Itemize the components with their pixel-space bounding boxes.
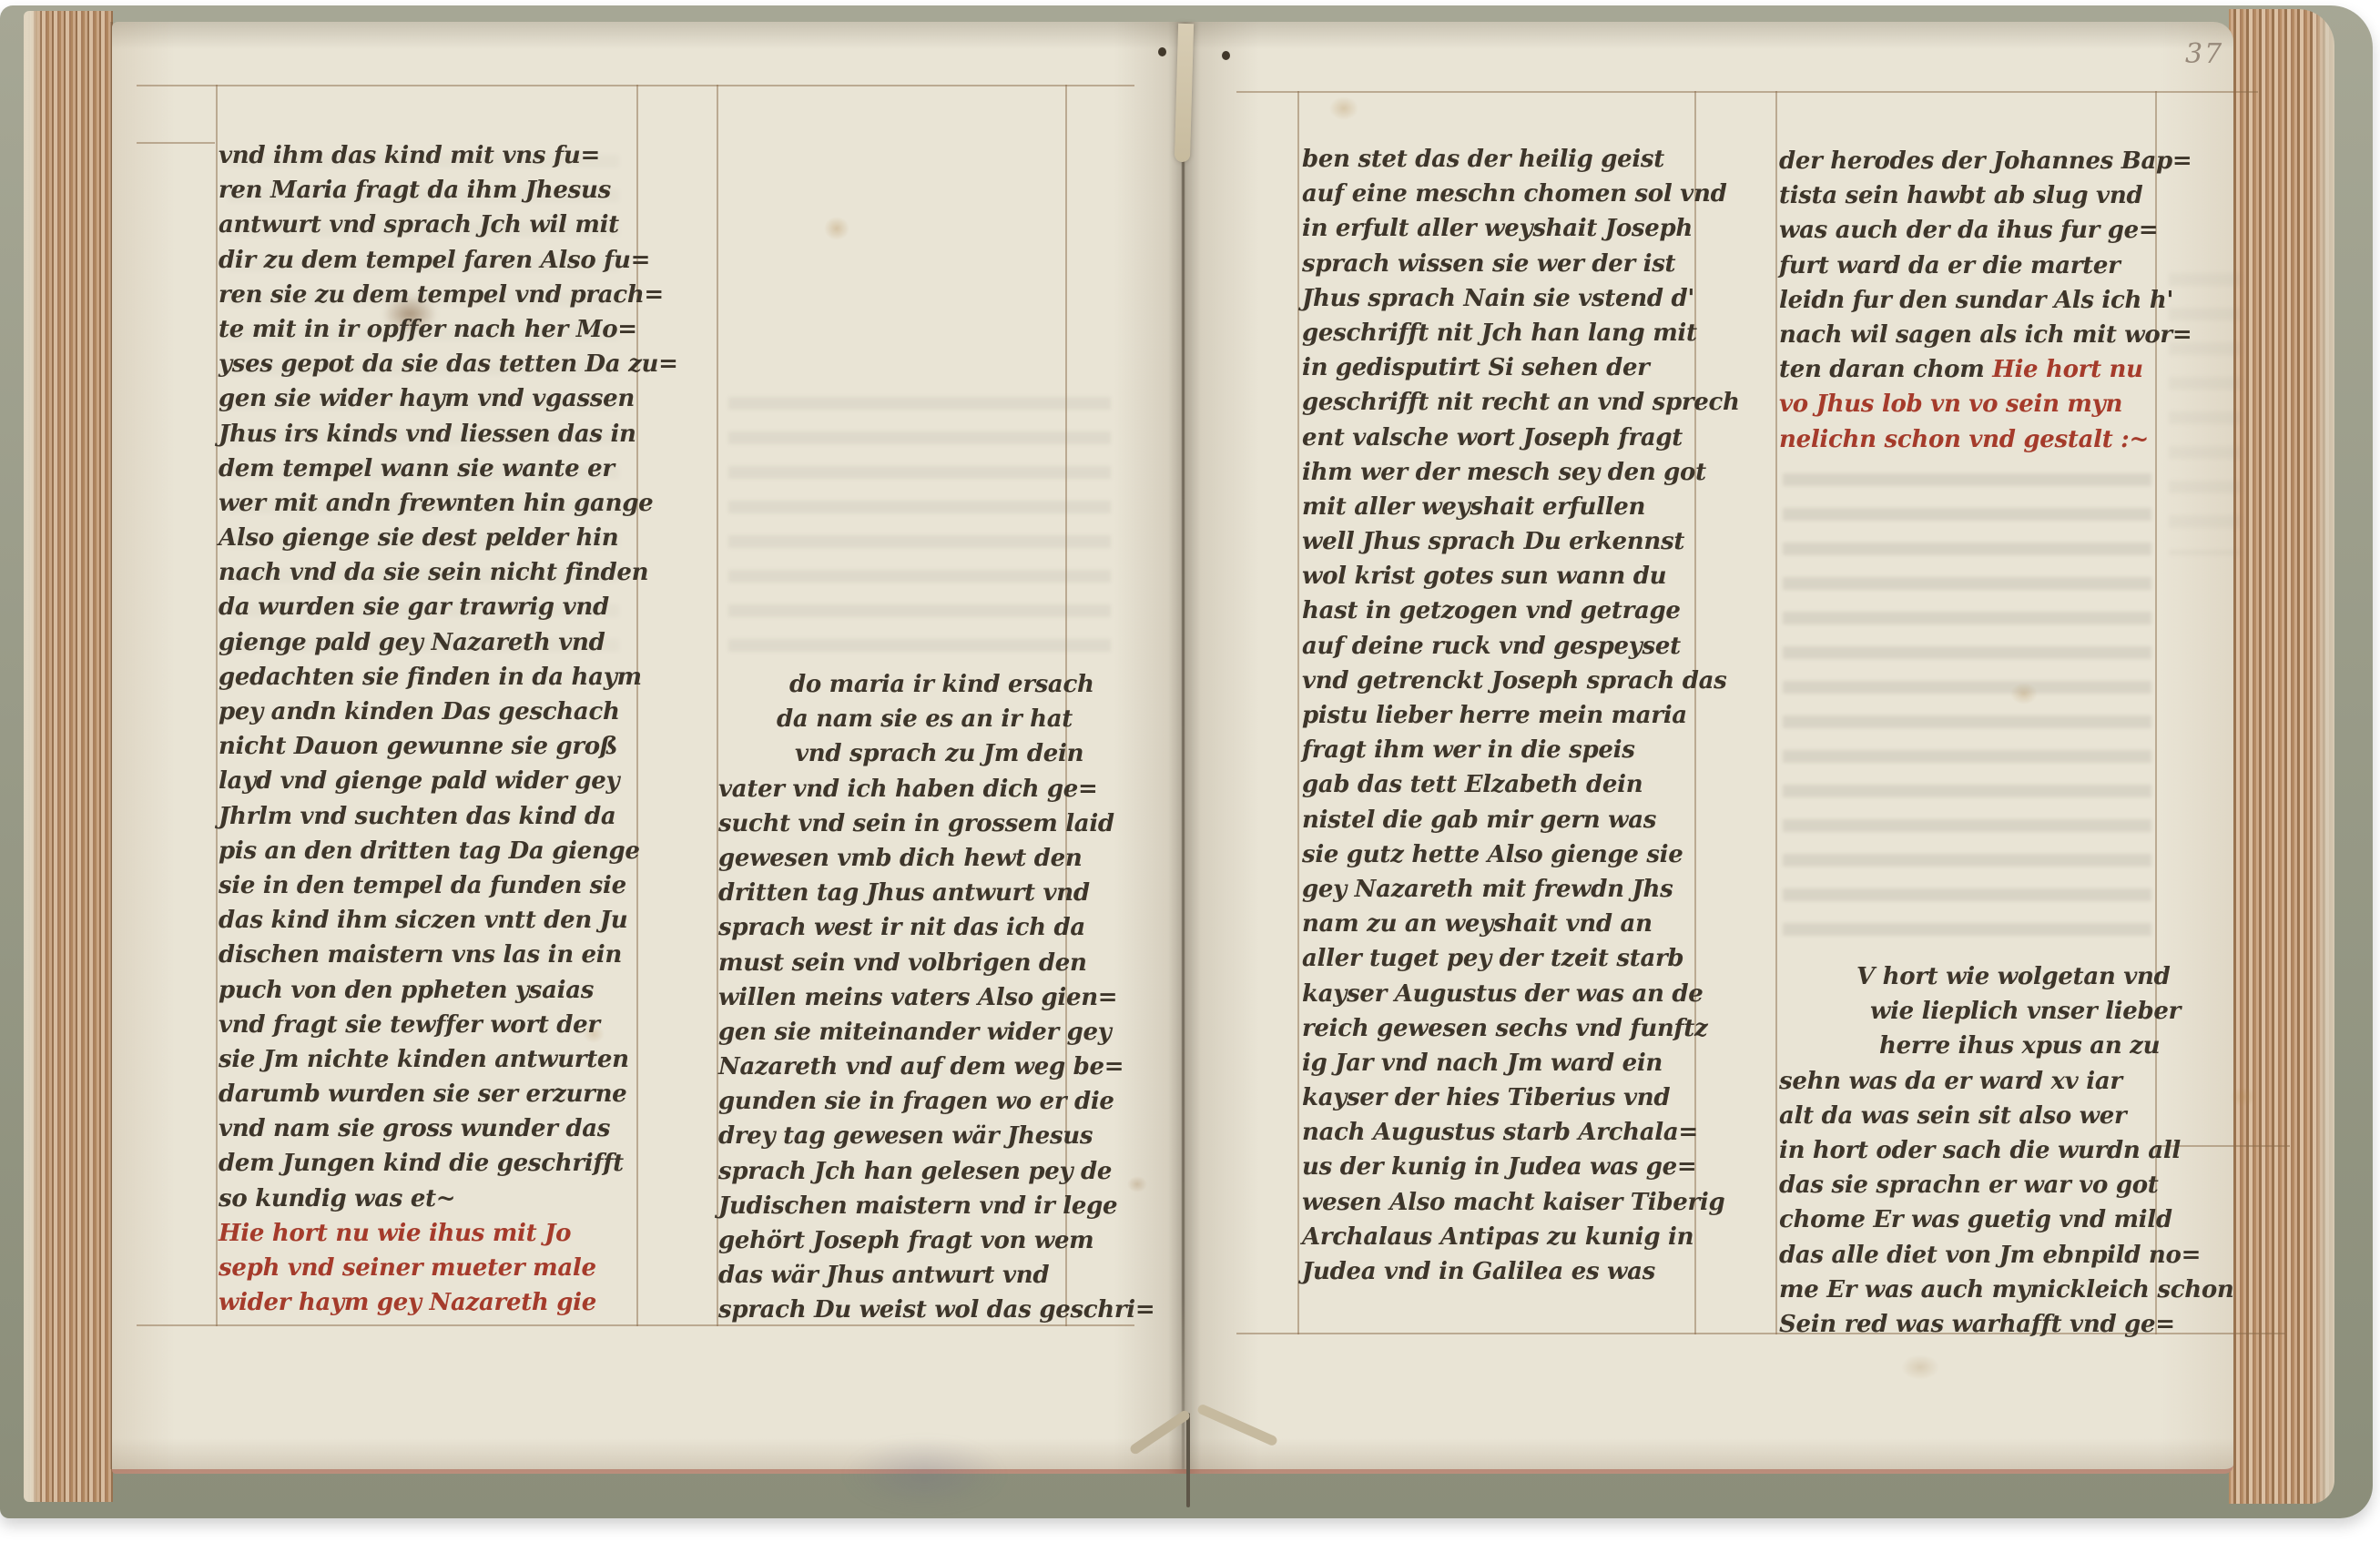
stain [824, 217, 849, 240]
ink-text: willen meins vaters Also gien= [718, 984, 1117, 1011]
ink-text: ig Jar vnd nach Jm ward ein [1302, 1050, 1663, 1077]
text-line: sprach Du weist wol das geschri= [718, 1293, 1130, 1327]
text-line: ig Jar vnd nach Jm ward ein [1302, 1046, 1699, 1080]
ink-text: vnd nam sie gross wunder das [219, 1115, 610, 1142]
ink-text: wie lieplich vnser lieber [1870, 998, 2181, 1025]
show-through [728, 397, 1111, 665]
gutter-fold [1182, 27, 1185, 1469]
ink-text: well Jhus sprach Du erkennst [1302, 528, 1684, 555]
ink-text: mit aller weyshait erfullen [1302, 493, 1645, 521]
ink-text: herre ihus xpus an zu [1879, 1032, 2160, 1060]
ink-text: auf deine ruck vnd gespeyset [1302, 633, 1681, 660]
ink-text: sie in den tempel da funden sie [219, 872, 626, 899]
text-line: kayser der hies Tiberius vnd [1302, 1080, 1699, 1115]
ink-text: furt ward da er die marter [1779, 252, 2121, 279]
text-line: dritten tag Jhus antwurt vnd [718, 876, 1130, 910]
ink-text: das alle diet von Jm ebnpild no= [1779, 1242, 2201, 1269]
ink-text: gienge pald gey Nazareth vnd [219, 629, 605, 656]
ink-text: in erfult aller weyshait Joseph [1302, 215, 1693, 242]
text-line: te mit in ir opffer nach her Mo= [219, 312, 645, 347]
text-line: vnd fragt sie tewffer wort der [219, 1008, 645, 1042]
text-column-right-1: ben stet das der heilig geistauf eine me… [1302, 142, 1699, 1289]
text-line: kayser Augustus der was an de [1302, 977, 1699, 1011]
text-line: vnd nam sie gross wunder das [219, 1111, 645, 1146]
ink-text: reich gewesen sechs vnd funftz [1302, 1015, 1707, 1042]
text-line: in erfult aller weyshait Joseph [1302, 211, 1699, 246]
ink-text: Jhrlm vnd suchten das kind da [219, 803, 615, 830]
wormhole [1222, 51, 1230, 60]
ink-text: antwurt vnd sprach Jch wil mit [219, 211, 619, 238]
ink-text: dem tempel wann sie wante er [219, 455, 615, 482]
text-line: das wär Jhus antwurt vnd [718, 1258, 1130, 1293]
text-line: aller tuget pey der tzeit starb [1302, 941, 1699, 976]
ink-text: sehn was da er ward xv iar [1779, 1068, 2122, 1095]
text-line: pey andn kinden Das geschach [219, 695, 645, 729]
ink-text: Archalaus Antipas zu kunig in [1302, 1223, 1693, 1251]
text-line: so kundig was et~ [219, 1182, 645, 1216]
ink-text: dir zu dem tempel faren Also fu= [219, 247, 650, 274]
text-line: wesen Also macht kaiser Tiberig [1302, 1185, 1699, 1220]
ink-text: must sein vnd volbrigen den [718, 949, 1087, 977]
text-line: V hort wie wolgetan vnd [1779, 959, 2167, 994]
ink-text: nistel die gab mir gern was [1302, 806, 1656, 834]
ink-text: wesen Also macht kaiser Tiberig [1302, 1189, 1724, 1216]
text-line: well Jhus sprach Du erkennst [1302, 524, 1699, 559]
ink-text: kayser der hies Tiberius vnd [1302, 1084, 1670, 1111]
text-line: sprach wissen sie wer der ist [1302, 247, 1699, 281]
text-line: drey tag gewesen wär Jhesus [718, 1119, 1130, 1153]
ink-text: yses gepot da sie das tetten Da zu= [219, 350, 678, 378]
ink-text: aller tuget pey der tzeit starb [1302, 945, 1683, 972]
text-line: sprach west ir nit das ich da [718, 910, 1130, 945]
ink-text: nicht Dauon gewunne sie groß [219, 733, 617, 760]
ink-text: vater vnd ich haben dich ge= [718, 776, 1098, 803]
ink-text: dischen maistern vns las in ein [219, 941, 622, 969]
ink-text: puch von den ppheten ysaias [219, 977, 594, 1004]
text-line: vnd getrenckt Joseph sprach das [1302, 664, 1699, 698]
text-line: furt ward da er die marter [1779, 249, 2167, 283]
ink-text: Nazareth vnd auf dem weg be= [718, 1053, 1124, 1080]
text-line: do maria ir kind ersach [718, 667, 1130, 702]
text-line: auf eine meschn chomen sol vnd [1302, 177, 1699, 211]
text-line: me Er was auch mynickleich schon [1779, 1273, 2167, 1307]
text-line: fragt ihm wer in die speis [1302, 733, 1699, 767]
ink-text: kayser Augustus der was an de [1302, 980, 1704, 1008]
ink-text: tista sein hawbt ab slug vnd [1779, 182, 2142, 209]
ruling-line [1297, 91, 1299, 1334]
ink-text: pey andn kinden Das geschach [219, 698, 620, 725]
text-column-right-2-lower: V hort wie wolgetan vndwie lieplich vnse… [1779, 959, 2167, 1342]
ink-text: me Er was auch mynickleich schon [1779, 1276, 2233, 1303]
text-line: nistel die gab mir gern was [1302, 803, 1699, 837]
ink-text: gen sie wider haym vnd vgassen [219, 385, 635, 412]
stain [1127, 1176, 1147, 1192]
ink-text: sprach wissen sie wer der ist [1302, 250, 1675, 278]
text-line: sucht vnd sein in grossem laid [718, 806, 1130, 841]
text-line: dir zu dem tempel faren Also fu= [219, 243, 645, 278]
ink-text: gen sie miteinander wider gey [718, 1019, 1112, 1046]
rubric-text: nelichn schon vnd gestalt :~ [1779, 426, 2149, 453]
ruling-line [137, 142, 215, 144]
ink-text: te mit in ir opffer nach her Mo= [219, 316, 637, 343]
text-line: Judischen maistern vnd ir lege [718, 1189, 1130, 1223]
text-line: sie gutz hette Also gienge sie [1302, 837, 1699, 872]
text-line: tista sein hawbt ab slug vnd [1779, 178, 2167, 213]
ink-text: vnd sprach zu Jm dein [795, 740, 1083, 767]
ink-text: Judea vnd in Galilea es was [1302, 1258, 1655, 1285]
ink-text: Jhus sprach Nain sie vstend d' [1302, 285, 1694, 312]
text-line: vnd ihm das kind mit vns fu= [219, 138, 645, 173]
text-line: in gedisputirt Si sehen der [1302, 350, 1699, 385]
ink-text: sprach Du weist wol das geschri= [718, 1296, 1154, 1324]
text-line: da nam sie es an ir hat [718, 702, 1130, 736]
stain [1901, 1354, 1939, 1380]
ink-text: ren sie zu dem tempel vnd prach= [219, 281, 664, 309]
ink-text: nam zu an weyshait vnd an [1302, 910, 1653, 938]
ink-text: pistu lieber herre mein maria [1302, 702, 1687, 729]
ink-text: das wär Jhus antwurt vnd [718, 1262, 1049, 1289]
rubric-text: Hie hort nu wie ihus mit Jo [219, 1220, 571, 1247]
ink-text: in gedisputirt Si sehen der [1302, 354, 1650, 381]
text-line: herre ihus xpus an zu [1779, 1029, 2167, 1063]
text-line: sie Jm nichte kinden antwurten [219, 1042, 645, 1077]
ink-text: gewesen vmb dich hewt den [718, 845, 1083, 872]
ink-text: wol krist gotes sun wann du [1302, 563, 1666, 590]
text-line: Jhus sprach Nain sie vstend d' [1302, 281, 1699, 316]
ink-text: sprach west ir nit das ich da [718, 914, 1085, 941]
stain [1329, 96, 1358, 120]
text-line: Jhus irs kinds vnd liessen das in [219, 417, 645, 451]
text-line: da wurden sie gar trawrig vnd [219, 590, 645, 624]
text-line: dischen maistern vns las in ein [219, 938, 645, 972]
text-line: seph vnd seiner mueter male [219, 1251, 645, 1285]
ink-text: dritten tag Jhus antwurt vnd [718, 879, 1090, 907]
ink-text: pis an den dritten tag Da gienge [219, 837, 640, 865]
text-line: gen sie wider haym vnd vgassen [219, 381, 645, 416]
text-line: layd vnd gienge pald wider gey [219, 764, 645, 798]
ink-text: gehört Joseph fragt von wem [718, 1227, 1093, 1254]
ink-text: das sie sprachn er war vo got [1779, 1172, 2158, 1199]
text-line: antwurt vnd sprach Jch wil mit [219, 208, 645, 242]
text-line: gienge pald gey Nazareth vnd [219, 625, 645, 660]
rubric-text: vo Jhus lob vn vo sein myn [1779, 391, 2122, 418]
text-line: leidn fur den sundar Als ich h' [1779, 283, 2167, 318]
ink-text: Jhus irs kinds vnd liessen das in [219, 421, 636, 448]
ruling-line [216, 85, 218, 1326]
text-line: auf deine ruck vnd gespeyset [1302, 629, 1699, 664]
text-line: nicht Dauon gewunne sie groß [219, 729, 645, 764]
text-line: darumb wurden sie ser erzurne [219, 1077, 645, 1111]
text-line: nach wil sagen als ich mit wor= [1779, 318, 2167, 352]
ink-text: ben stet das der heilig geist [1302, 146, 1664, 173]
ink-text: sprach Jch han gelesen pey de [718, 1158, 1112, 1185]
text-line: gey Nazareth mit frewdn Jhs [1302, 872, 1699, 907]
ink-text: auf eine meschn chomen sol vnd [1302, 180, 1726, 208]
manuscript-photo: 37 vnd ihm das kind mit vns fu=ren Maria… [0, 0, 2380, 1552]
text-line: ren Maria fragt da ihm Jhesus [219, 173, 645, 208]
ink-text: gey Nazareth mit frewdn Jhs [1302, 876, 1673, 903]
text-line: geschrifft nit recht an vnd sprech [1302, 385, 1699, 420]
text-line: das kind ihm siczen vntt den Ju [219, 903, 645, 938]
show-through [2169, 273, 2242, 555]
ink-text: ren Maria fragt da ihm Jhesus [219, 177, 611, 204]
text-line: sehn was da er ward xv iar [1779, 1064, 2167, 1099]
text-line: dem tempel wann sie wante er [219, 451, 645, 486]
text-line: Hie hort nu wie ihus mit Jo [219, 1216, 645, 1251]
ink-text: sie gutz hette Also gienge sie [1302, 841, 1683, 868]
ink-text: nach Augustus starb Archala= [1302, 1119, 1698, 1146]
ink-text: gedachten sie finden in da haym [219, 664, 642, 691]
text-line: gewesen vmb dich hewt den [718, 841, 1130, 876]
show-through [1783, 473, 2151, 951]
ink-text: geschrifft nit recht an vnd sprech [1302, 389, 1740, 416]
ink-text: Judischen maistern vnd ir lege [718, 1192, 1117, 1220]
text-line: hast in getzogen vnd getrage [1302, 593, 1699, 628]
ink-text: hast in getzogen vnd getrage [1302, 597, 1681, 624]
text-line: alt da was sein sit also wer [1779, 1099, 2167, 1133]
text-line: sie in den tempel da funden sie [219, 868, 645, 903]
stain [2231, 1087, 2256, 1107]
text-line: Jhrlm vnd suchten das kind da [219, 799, 645, 834]
text-line: dem Jungen kind die geschrifft [219, 1146, 645, 1181]
ink-text: do maria ir kind ersach [789, 671, 1094, 698]
ink-text: vnd fragt sie tewffer wort der [219, 1011, 600, 1039]
text-line: ten daran chom Hie hort nu [1779, 352, 2167, 387]
page-edges-left [24, 11, 113, 1502]
text-line: ihm wer der mesch sey den got [1302, 455, 1699, 490]
text-column-left-1: vnd ihm das kind mit vns fu=ren Maria fr… [219, 138, 645, 1320]
ink-text: sucht vnd sein in grossem laid [718, 810, 1114, 837]
ink-text: Also gienge sie dest pelder hin [219, 524, 618, 552]
ink-text: drey tag gewesen wär Jhesus [718, 1122, 1093, 1150]
binding-cord [1186, 1413, 1190, 1507]
text-line: Nazareth vnd auf dem weg be= [718, 1050, 1130, 1084]
ink-text: nach vnd da sie sein nicht finden [219, 559, 648, 586]
text-line: pis an den dritten tag Da gienge [219, 834, 645, 868]
ink-text: dem Jungen kind die geschrifft [219, 1150, 624, 1177]
text-line: Sein red was warhafft vnd ge= [1779, 1307, 2167, 1342]
text-line: gedachten sie finden in da haym [219, 660, 645, 695]
ink-text: Sein red was warhafft vnd ge= [1779, 1311, 2175, 1338]
rubric-text: Hie hort nu [1992, 356, 2143, 383]
text-line: must sein vnd volbrigen den [718, 946, 1130, 980]
text-line: das sie sprachn er war vo got [1779, 1168, 2167, 1202]
text-line: das alle diet von Jm ebnpild no= [1779, 1238, 2167, 1273]
ink-text: V hort wie wolgetan vnd [1856, 963, 2171, 990]
ink-text: ten daran chom [1779, 356, 1992, 383]
text-line: wol krist gotes sun wann du [1302, 559, 1699, 593]
ink-text: das kind ihm siczen vntt den Ju [219, 907, 627, 934]
ink-text: der herodes der Johannes Bap= [1779, 147, 2192, 175]
text-column-right-2-upper: der herodes der Johannes Bap=tista sein … [1779, 144, 2167, 457]
text-line: was auch der da ihus fur ge= [1779, 213, 2167, 248]
text-line: yses gepot da sie das tetten Da zu= [219, 347, 645, 381]
text-line: us der kunig in Judea was ge= [1302, 1150, 1699, 1184]
ink-text: vnd getrenckt Joseph sprach das [1302, 667, 1727, 695]
ink-text: chome Er was guetig vnd mild [1779, 1206, 2172, 1233]
text-line: ent valsche wort Joseph fragt [1302, 421, 1699, 455]
text-line: willen meins vaters Also gien= [718, 980, 1130, 1015]
ink-text: in hort oder sach die wurdn all [1779, 1137, 2181, 1164]
ruling-line [137, 85, 1134, 86]
text-line: gab das tett Elzabeth dein [1302, 767, 1699, 802]
text-line: ren sie zu dem tempel vnd prach= [219, 278, 645, 312]
text-line: geschrifft nit Jch han lang mit [1302, 316, 1699, 350]
ruling-line [1236, 91, 2258, 93]
page-edges-right [2229, 9, 2334, 1504]
text-line: Archalaus Antipas zu kunig in [1302, 1220, 1699, 1254]
stain [2010, 683, 2038, 705]
text-line: vater vnd ich haben dich ge= [718, 772, 1130, 806]
ink-text: da wurden sie gar trawrig vnd [219, 593, 609, 621]
ink-text: sie Jm nichte kinden antwurten [219, 1046, 629, 1073]
ink-text: leidn fur den sundar Als ich h' [1779, 287, 2173, 314]
wormhole [1158, 47, 1166, 56]
stain [845, 1438, 1004, 1511]
text-line: ben stet das der heilig geist [1302, 142, 1699, 177]
text-line: vo Jhus lob vn vo sein myn [1779, 387, 2167, 421]
ink-text: layd vnd gienge pald wider gey [219, 767, 619, 795]
text-line: der herodes der Johannes Bap= [1779, 144, 2167, 178]
text-column-left-2: do maria ir kind ersachda nam sie es an … [718, 667, 1130, 1328]
ruling-line [1775, 91, 1777, 1334]
text-line: nach Augustus starb Archala= [1302, 1115, 1699, 1150]
ink-text: wer mit andn frewnten hin gange [219, 490, 653, 517]
text-line: nach vnd da sie sein nicht finden [219, 555, 645, 590]
text-line: wer mit andn frewnten hin gange [219, 486, 645, 521]
text-line: sprach Jch han gelesen pey de [718, 1154, 1130, 1189]
ink-text: ihm wer der mesch sey den got [1302, 459, 1706, 486]
text-line: Also gienge sie dest pelder hin [219, 521, 645, 555]
folio-number: 37 [2185, 38, 2223, 70]
text-line: in hort oder sach die wurdn all [1779, 1133, 2167, 1168]
text-line: vnd sprach zu Jm dein [718, 736, 1130, 771]
text-line: mit aller weyshait erfullen [1302, 490, 1699, 524]
ink-text: geschrifft nit Jch han lang mit [1302, 320, 1697, 347]
text-line: pistu lieber herre mein maria [1302, 698, 1699, 733]
text-line: nelichn schon vnd gestalt :~ [1779, 422, 2167, 457]
ink-text: alt da was sein sit also wer [1779, 1102, 2126, 1130]
text-line: Judea vnd in Galilea es was [1302, 1254, 1699, 1289]
text-line: wider haym gey Nazareth gie [219, 1285, 645, 1320]
ink-text: us der kunig in Judea was ge= [1302, 1153, 1696, 1181]
text-line: chome Er was guetig vnd mild [1779, 1202, 2167, 1237]
ink-text: so kundig was et~ [219, 1185, 455, 1212]
ink-text: was auch der da ihus fur ge= [1779, 217, 2158, 244]
ink-text: gab das tett Elzabeth dein [1302, 771, 1643, 798]
text-line: nam zu an weyshait vnd an [1302, 907, 1699, 941]
ink-text: ent valsche wort Joseph fragt [1302, 424, 1683, 451]
text-line: puch von den ppheten ysaias [219, 973, 645, 1008]
ink-text: darumb wurden sie ser erzurne [219, 1080, 626, 1108]
ink-text: gunden sie in fragen wo er die [718, 1088, 1114, 1115]
ink-text: fragt ihm wer in die speis [1302, 736, 1635, 764]
ink-text: vnd ihm das kind mit vns fu= [219, 142, 600, 169]
ink-text: da nam sie es an ir hat [777, 705, 1073, 733]
rubric-text: wider haym gey Nazareth gie [219, 1289, 596, 1316]
ink-text: nach wil sagen als ich mit wor= [1779, 321, 2192, 349]
rubric-text: seph vnd seiner mueter male [219, 1254, 596, 1282]
text-line: gunden sie in fragen wo er die [718, 1084, 1130, 1119]
text-line: gen sie miteinander wider gey [718, 1015, 1130, 1050]
text-line: wie lieplich vnser lieber [1779, 994, 2167, 1029]
text-line: gehört Joseph fragt von wem [718, 1223, 1130, 1258]
text-line: reich gewesen sechs vnd funftz [1302, 1011, 1699, 1046]
